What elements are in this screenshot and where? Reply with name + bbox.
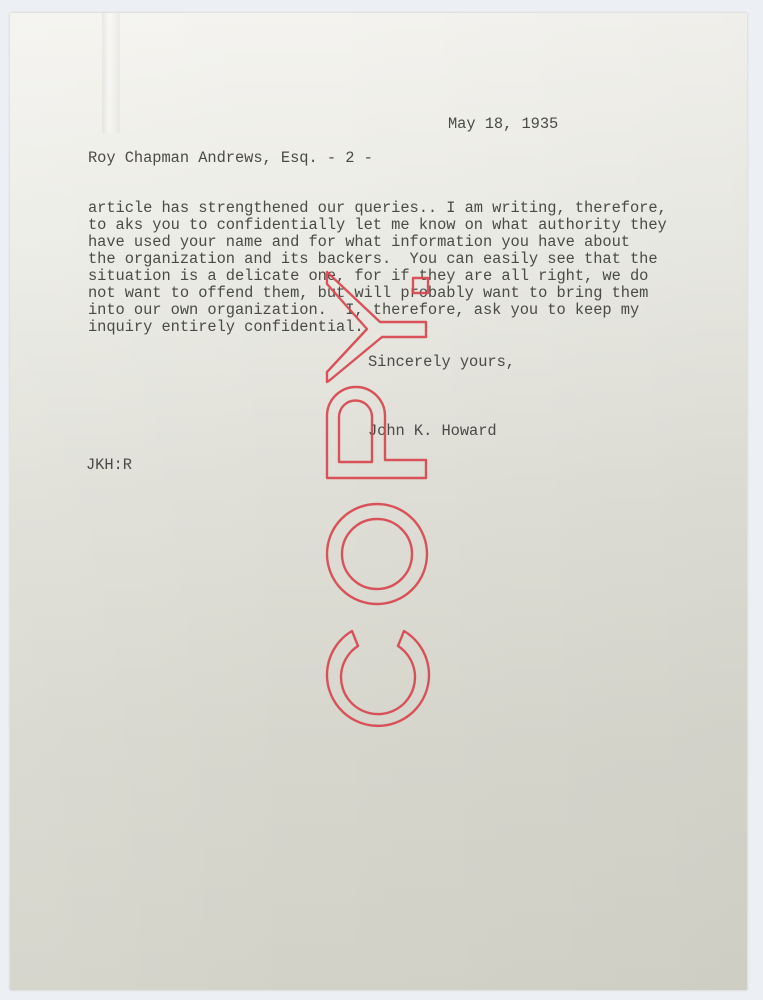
letter-date: May 18, 1935 bbox=[448, 116, 558, 133]
body-line: article has strengthened our queries.. I… bbox=[88, 200, 667, 217]
body-line: into our own organization. I, therefore,… bbox=[88, 302, 667, 319]
body-line: to aks you to confidentially let me know… bbox=[88, 217, 667, 234]
typist-initials: JKH:R bbox=[86, 457, 132, 474]
body-line: situation is a delicate one, for if they… bbox=[88, 268, 667, 285]
letter-body: article has strengthened our queries.. I… bbox=[88, 200, 667, 336]
body-line: not want to offend them, but will probab… bbox=[88, 285, 667, 302]
body-line: inquiry entirely confidential. bbox=[88, 319, 667, 336]
recipient-page-header: Roy Chapman Andrews, Esq. - 2 - bbox=[88, 150, 373, 167]
body-line: have used your name and for what informa… bbox=[88, 234, 667, 251]
body-line: the organization and its backers. You ca… bbox=[88, 251, 667, 268]
signature-name: John K. Howard bbox=[368, 423, 497, 440]
letter-closing: Sincerely yours, bbox=[368, 354, 515, 371]
paper-fold-crease bbox=[102, 13, 120, 133]
